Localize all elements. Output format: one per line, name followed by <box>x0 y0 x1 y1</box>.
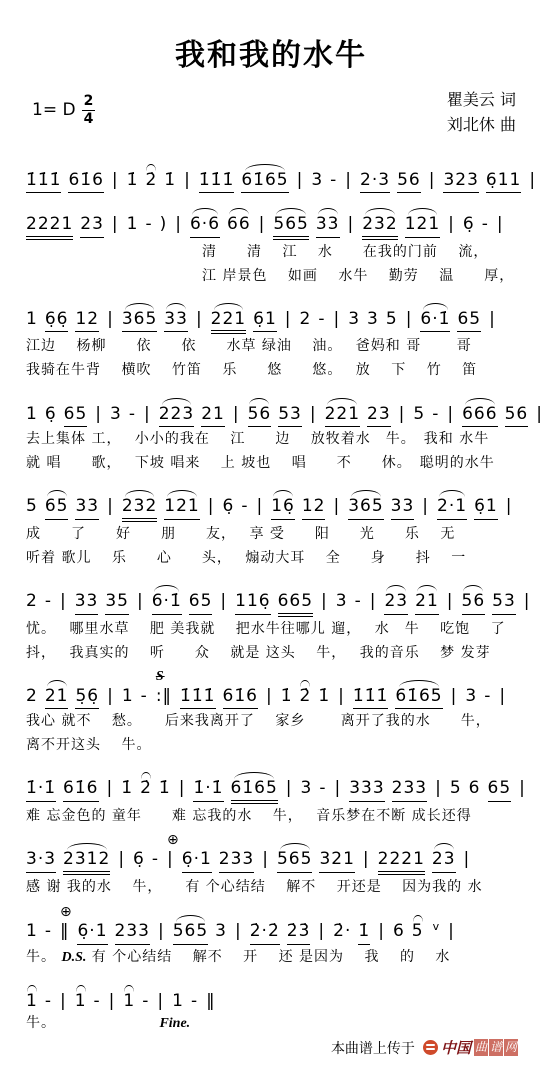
barline: | <box>345 171 352 191</box>
notes-line: 222123|1-)|6·666|56533|232121|6̣-| <box>26 202 516 240</box>
note-group: 3 <box>348 310 360 330</box>
barline: | <box>107 779 114 799</box>
notes-line: 2215̣6̣|1-:‖S1̇1̇1̇61̇6|1̇2̇1̇|1̇1̇1̇61̇… <box>26 674 516 710</box>
score-header: 1= D 2 4 瞿美云 词 刘北休 曲 <box>26 88 516 138</box>
composer-credit: 刘北休 曲 <box>447 113 516 138</box>
barline: | <box>262 850 269 870</box>
note-group: 323 <box>443 171 478 194</box>
music-system: 16̣6̣12|36533|2216̣1|2-|335|6·1̇65|江边 杨柳… <box>26 297 516 383</box>
note-group: 3·3 <box>26 850 56 873</box>
note-group: 56 <box>248 405 272 428</box>
note-group: 2312 <box>63 850 110 875</box>
music-system: 1̇1̇1̇61̇6|1̇2̇1̇|1̇1̇1̇61̇65|3-|2·356|3… <box>26 158 516 194</box>
barline: | <box>233 405 240 425</box>
logo-disc-icon <box>423 1040 438 1055</box>
note-group: 65 <box>189 592 213 615</box>
note-group: 6·6 <box>190 215 220 238</box>
barline: | <box>196 310 203 330</box>
note-group: 56 <box>462 592 486 615</box>
note-group: 6̣·1 <box>182 850 212 873</box>
brand-name-primary: 中国 <box>441 1037 471 1058</box>
note-group: 3 <box>215 922 227 942</box>
barline: | <box>318 922 325 942</box>
lyrics-line: 我骑在牛背 横吹 竹笛 乐 悠 悠。 放 下 竹 笛 <box>26 358 516 382</box>
note-group: - <box>94 992 101 1012</box>
note-group: - <box>142 992 149 1012</box>
lyrics-line: 我心 就不 愁。 后来我离开了 家乡 离开了我的水 牛， <box>26 709 516 733</box>
note-group: 65 <box>457 310 481 333</box>
barline: | <box>448 215 455 235</box>
note-group: 6̣·1 <box>77 922 107 945</box>
barline: | <box>144 405 151 425</box>
note-group: 16̣ <box>271 497 295 520</box>
lyrics-line: 去上集体 工， 小小的我在 江 边 放牧着水 牛。 我和 水牛 <box>26 427 516 451</box>
score-body: 1̇1̇1̇61̇6|1̇2̇1̇|1̇1̇1̇61̇65|3-|2·356|3… <box>26 158 516 1037</box>
barline: | <box>184 171 191 191</box>
note-group: 1̇ <box>121 779 133 799</box>
barline: | <box>338 687 345 707</box>
credits: 瞿美云 词 刘北休 曲 <box>447 88 516 138</box>
note-group: 3 <box>367 310 379 330</box>
note-group: 1̇ <box>164 171 176 191</box>
barline: | <box>266 687 273 707</box>
lyrics-line: 感 谢 我的水 牛， 有 个心结结 解不 开还是 因为我的 水 <box>26 875 516 899</box>
note-group: 2·1 <box>437 497 467 520</box>
note-group: 1 <box>172 992 184 1012</box>
barline: | <box>506 497 513 517</box>
note-group: 33 <box>164 310 188 333</box>
barline: | <box>112 215 119 235</box>
segno-icon: S <box>156 670 165 684</box>
notes-line: 1̇·1̇61̇6|1̇2̇1̇|1̇·1̇61̇65|3-|333233|56… <box>26 766 516 804</box>
note-group: 1 <box>123 992 135 1012</box>
notes-line: 16̣6̣12|36533|2216̣1|2-|335|6·1̇65| <box>26 297 516 335</box>
lyrics-line: 江 岸景色 如画 水牛 勤劳 温 厚， <box>26 264 516 288</box>
note-group: 666 <box>462 405 497 428</box>
note-group: 3 <box>465 687 477 707</box>
barline: | <box>363 850 370 870</box>
barline: | <box>286 779 293 799</box>
note-group: 1 <box>75 992 87 1012</box>
barline: | <box>107 310 114 330</box>
barline: | <box>157 992 164 1012</box>
note-group: 2·3 <box>360 171 390 194</box>
note-group: 5 <box>450 779 462 799</box>
note-group: 56 <box>397 171 421 194</box>
barline: | <box>118 850 125 870</box>
note-group: 61̇6 <box>223 687 258 710</box>
note-group: 61̇65 <box>231 779 278 804</box>
music-system: 1-|1-|1-|1-‖牛。 Fine. <box>26 979 516 1037</box>
music-system: 2215̣6̣|1-:‖S1̇1̇1̇61̇6|1̇2̇1̇|1̇1̇1̇61̇… <box>26 674 516 758</box>
note-group: - <box>318 310 325 330</box>
note-group: 3 <box>336 592 348 612</box>
barline: | <box>524 592 531 612</box>
note-group: 6̣11 <box>486 171 521 194</box>
barline: | <box>333 497 340 517</box>
barline: | <box>285 310 292 330</box>
note-group: 2̇· <box>333 922 351 942</box>
notes-line: 1-|1-|1-|1-‖ <box>26 979 516 1012</box>
barline: | <box>451 687 458 707</box>
note-group: 6·1̇ <box>420 310 450 333</box>
note-group: 3 <box>311 171 323 191</box>
barline: | <box>109 992 116 1012</box>
barline: | <box>175 215 182 235</box>
note-group: 65 <box>64 405 88 428</box>
barline: | <box>259 215 266 235</box>
barline: | <box>297 171 304 191</box>
note-group: 53 <box>278 405 302 428</box>
note-group: 2̇ <box>140 779 152 799</box>
note-group: 565 <box>173 922 208 945</box>
note-group: 6·1̇ <box>152 592 182 615</box>
note-group: - <box>319 779 326 799</box>
note-group: - <box>241 497 248 517</box>
barline: | <box>137 592 144 612</box>
note-group: 5 <box>26 497 38 517</box>
note-group: 2221 <box>378 850 425 875</box>
song-title: 我和我的水牛 <box>26 30 516 74</box>
time-signature: 2 4 <box>82 94 96 126</box>
note-group: 2221 <box>26 215 73 240</box>
lyric-text: 有 个心结结 解不 开 还 是因为 我 的 水 <box>86 949 450 965</box>
note-group: 5 <box>386 310 398 330</box>
barline: | <box>399 405 406 425</box>
note-group: 6̣ <box>463 215 475 235</box>
music-system: 1̇·1̇61̇6|1̇2̇1̇|1̇·1̇61̇65|3-|333233|56… <box>26 766 516 828</box>
note-group: - <box>482 215 489 235</box>
time-signature-numerator: 2 <box>82 94 96 111</box>
note-group: 665 <box>278 592 313 617</box>
barline: | <box>107 687 114 707</box>
key-label: 1= D <box>32 100 76 120</box>
footer: 本曲谱上传于 中国 曲谱网 <box>331 1037 518 1058</box>
music-system: 1-‖⊕6̣·1233|5653|2̇·2̇2̇3̇|2̇·1̇|65v|牛。 … <box>26 908 516 970</box>
barline: | <box>333 310 340 330</box>
note-group: 6̣1 <box>253 310 277 333</box>
note-group: 61̇65 <box>241 171 288 194</box>
note-group: 1̇ <box>358 922 370 945</box>
barline: | <box>519 779 526 799</box>
note-group: 2̇3̇ <box>287 922 311 945</box>
barline: | <box>60 992 67 1012</box>
barline: | <box>429 171 436 191</box>
note-group: 61̇6 <box>63 779 98 802</box>
lyrics-line: 抖， 我真实的 听 众 就是 这头 牛， 我的音乐 梦 发芽 <box>26 641 516 665</box>
note-group: 1̇1̇1̇ <box>26 171 61 194</box>
upload-note: 本曲谱上传于 <box>331 1038 415 1058</box>
note-group: 33 <box>316 215 340 238</box>
note-group: 365 <box>122 310 157 333</box>
note-group: 2̇ <box>145 171 157 191</box>
note-group: 1 <box>26 922 38 942</box>
note-group: 21 <box>415 592 439 615</box>
lyric-text: 牛。 <box>26 1015 49 1031</box>
note-group: 33 <box>75 497 99 520</box>
note-group: 23 <box>384 592 408 615</box>
note-group: 223 <box>159 405 194 428</box>
note-group: 232 <box>362 215 397 240</box>
barline: | <box>447 405 454 425</box>
note-group: - <box>45 922 52 942</box>
barline: | <box>348 215 355 235</box>
barline: | <box>464 850 471 870</box>
note-group: 6̣6̣ <box>45 310 69 333</box>
lyricist-credit: 瞿美云 词 <box>447 88 516 113</box>
note-group: 33 <box>391 497 415 520</box>
barline: ‖⊕ <box>60 922 70 942</box>
note-group: 23 <box>432 850 456 873</box>
note-group: 5̣6̣ <box>75 687 99 710</box>
note-group: 1 <box>26 992 38 1012</box>
lyrics-line: 离不开这头 牛。 <box>26 733 516 757</box>
lyrics-line: 就 唱 歌， 下坡 唱来 上 坡也 唱 不 休。 聪明的水牛 <box>26 451 516 475</box>
lyric-text <box>49 1015 159 1031</box>
note-group: 53 <box>492 592 516 615</box>
barline: | <box>334 779 341 799</box>
note-group: 2̇ <box>300 687 312 707</box>
note-group: 1̇·1̇ <box>26 779 56 802</box>
note-group: 65 <box>45 497 69 520</box>
note-group: 233 <box>219 850 254 873</box>
barline: ‖ <box>206 992 216 1012</box>
barline: | <box>235 922 242 942</box>
barline: | <box>179 779 186 799</box>
note-group: 1̇1̇1̇ <box>199 171 234 194</box>
barline: | <box>435 779 442 799</box>
barline: | <box>60 592 67 612</box>
note-group: 56 <box>505 405 529 428</box>
barline: | <box>448 922 455 942</box>
lyrics-line: 牛。 Fine. <box>26 1011 516 1036</box>
note-group: 1̇ <box>127 171 139 191</box>
barline: | <box>489 310 496 330</box>
barline: | <box>112 171 119 191</box>
note-group: 365 <box>348 497 383 520</box>
lyrics-line: 难 忘金色的 童年 难 忘我的水 牛， 音乐梦在不断 成长还得 <box>26 804 516 828</box>
note-group: 6 <box>469 779 481 799</box>
note-group: - <box>129 405 136 425</box>
note-group: - <box>141 687 148 707</box>
notes-line: 2-|3335|6·1̇65|116̣665|3-|2321|5653| <box>26 579 516 617</box>
barline: | <box>208 497 215 517</box>
note-group: 3 <box>110 405 122 425</box>
barline: | <box>536 405 540 425</box>
note-group: 23 <box>367 405 391 428</box>
note-group: - <box>145 215 152 235</box>
note-group: 121 <box>164 497 199 520</box>
note-group: - <box>330 171 337 191</box>
lyrics-line: 听着 歌儿 乐 心 头， 煽动大耳 全 身 抖 一 <box>26 546 516 570</box>
note-group: 6̣ <box>133 850 145 870</box>
ds-label: D.S. <box>61 950 86 965</box>
lyrics-line: 忧。 哪里水草 肥 美我就 把水牛往哪儿 遛， 水 牛 吃饱 了 <box>26 617 516 641</box>
lyrics-line: 江边 杨柳 依 依 水草 绿油 油。 爸妈和 哥 哥 <box>26 334 516 358</box>
note-group: 1 <box>26 310 38 330</box>
note-group: 121 <box>405 215 440 238</box>
barline: | <box>158 922 165 942</box>
note-group: 2̇·2̇ <box>250 922 280 945</box>
note-group: 116̣ <box>235 592 270 615</box>
key-signature: 1= D 2 4 <box>26 88 95 126</box>
barline: | <box>447 592 454 612</box>
note-group: 2 <box>26 592 38 612</box>
note-group: 66 <box>227 215 251 235</box>
note-group: 233 <box>392 779 427 802</box>
barline: | <box>220 592 227 612</box>
note-group: 232 <box>122 497 157 522</box>
notes-line: 1̇1̇1̇61̇6|1̇2̇1̇|1̇1̇1̇61̇65|3-|2·356|3… <box>26 158 516 194</box>
note-group: 2 <box>26 687 38 707</box>
barline: | <box>529 171 536 191</box>
barline: | <box>422 497 429 517</box>
note-group: 61̇65 <box>395 687 442 710</box>
barline: | <box>497 215 504 235</box>
note-group: 1 <box>122 687 134 707</box>
barline: | <box>310 405 317 425</box>
note-group: 5 <box>413 405 425 425</box>
note-group: 1̇1̇1̇ <box>353 687 388 710</box>
music-system: 56533|232121|6̣-|16̣12|36533|2·16̣1|成 了 … <box>26 484 516 570</box>
fine-label: Fine. <box>159 1016 190 1031</box>
note-group: - <box>355 592 362 612</box>
brand-char: 曲 <box>474 1039 488 1055</box>
note-group: - <box>191 992 198 1012</box>
note-group: 21 <box>45 687 69 710</box>
note-group: - <box>432 405 439 425</box>
note-group: 23 <box>80 215 104 238</box>
note-group: 6̣ <box>45 405 57 425</box>
note-group: 5 <box>412 922 424 942</box>
note-group: ) <box>160 215 168 235</box>
note-group: 321 <box>319 850 354 873</box>
note-group: 1 <box>26 405 38 425</box>
note-group: 1̇ <box>159 779 171 799</box>
note-group: 61̇6 <box>68 171 103 194</box>
note-group: v <box>433 921 441 934</box>
barline: | <box>95 405 102 425</box>
notes-line: 3·32312|6̣-|⊕6̣·1233|565321|222123| <box>26 837 516 875</box>
barline: | <box>107 497 114 517</box>
note-group: 6̣ <box>222 497 234 517</box>
note-group: 33 <box>75 592 99 615</box>
note-group: 333 <box>349 779 384 802</box>
lyrics-line: 牛。 D.S. 有 个心结结 解不 开 还 是因为 我 的 水 <box>26 945 516 970</box>
barline: | <box>321 592 328 612</box>
note-group: 12 <box>75 310 99 333</box>
music-system: 3·32312|6̣-|⊕6̣·1233|565321|222123|感 谢 我… <box>26 837 516 899</box>
note-group: 221 <box>211 310 246 335</box>
barline: | <box>370 592 377 612</box>
note-group: - <box>45 992 52 1012</box>
barline: :‖S <box>156 687 172 707</box>
lyric-text: 牛。 <box>26 949 61 965</box>
note-group: 1̇·1̇ <box>193 779 223 802</box>
note-group: - <box>152 850 159 870</box>
note-group: 565 <box>273 215 308 240</box>
music-system: 222123|1-)|6·666|56533|232121|6̣-|清 清 江 … <box>26 202 516 288</box>
note-group: 65 <box>488 779 512 802</box>
brand-name-secondary: 曲谱网 <box>474 1039 518 1055</box>
note-group: 6 <box>393 922 405 942</box>
barline: | <box>378 922 385 942</box>
lyrics-line: 清 清 江 水 在我的门前 流， <box>26 240 516 264</box>
note-group: 21 <box>201 405 225 428</box>
note-group: - <box>484 687 491 707</box>
notes-line: 16̣65|3-|22321|5653|22123|5-|66656| <box>26 392 516 428</box>
notes-line: 56533|232121|6̣-|16̣12|36533|2·16̣1| <box>26 484 516 522</box>
note-group: 3 <box>301 779 313 799</box>
coda-icon: ⊕ <box>60 905 73 919</box>
brand-char: 谱 <box>489 1039 503 1055</box>
note-group: 1̇ <box>281 687 293 707</box>
brand-char: 网 <box>504 1039 518 1055</box>
time-signature-denominator: 4 <box>84 111 94 127</box>
note-group: 1̇1̇1̇ <box>180 687 215 710</box>
note-group: 1̇ <box>318 687 330 707</box>
note-group: 35 <box>105 592 129 615</box>
lyrics-line: 成 了 好 朋 友， 享 受 阳 光 乐 无 <box>26 522 516 546</box>
site-logo: 中国 曲谱网 <box>423 1037 518 1058</box>
barline: |⊕ <box>167 850 174 870</box>
barline: | <box>406 310 413 330</box>
coda-icon: ⊕ <box>167 833 180 847</box>
notes-line: 1-‖⊕6̣·1233|5653|2̇·2̇2̇3̇|2̇·1̇|65v| <box>26 908 516 945</box>
music-system: 2-|3335|6·1̇65|116̣665|3-|2321|5653|忧。 哪… <box>26 579 516 665</box>
note-group: 1 <box>127 215 139 235</box>
note-group: 565 <box>277 850 312 873</box>
note-group: 2 <box>300 310 312 330</box>
note-group: - <box>45 592 52 612</box>
note-group: 233 <box>115 922 150 945</box>
music-system: 16̣65|3-|22321|5653|22123|5-|66656|去上集体 … <box>26 392 516 476</box>
note-group: 6̣1 <box>474 497 498 520</box>
barline: | <box>499 687 506 707</box>
note-group: 221 <box>325 405 360 428</box>
note-group: 12 <box>302 497 326 520</box>
barline: | <box>256 497 263 517</box>
